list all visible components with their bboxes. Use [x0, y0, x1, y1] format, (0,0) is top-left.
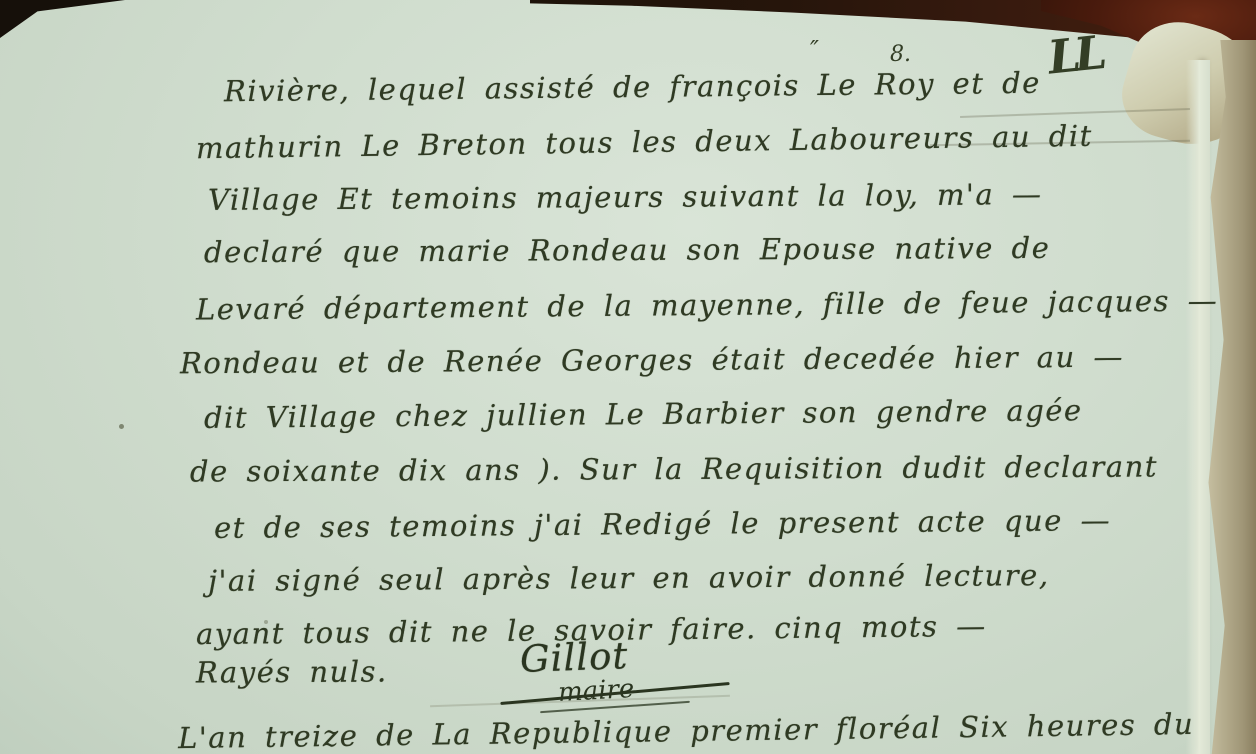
- manuscript-line: dit Village chez jullien Le Barbier son …: [204, 393, 1083, 435]
- manuscript-line: mathurin Le Breton tous les deux Laboure…: [196, 119, 1093, 166]
- binding-shadow-top-left: [0, 0, 125, 38]
- manuscript-line: Village Et temoins majeurs suivant la lo…: [208, 177, 1043, 217]
- signature-name: Gillot: [519, 634, 629, 681]
- paraph-mark: LL: [1045, 25, 1103, 84]
- page-rough-edge: [1202, 40, 1256, 754]
- page-edge-highlight: [1186, 60, 1210, 754]
- manuscript-line: L'an treize de La Republique premier flo…: [178, 707, 1195, 754]
- page-number: 8.: [890, 42, 911, 67]
- manuscript-line: Rayés nuls.: [196, 654, 388, 689]
- signature-title: maire: [557, 674, 635, 708]
- ditto-mark: ″: [810, 36, 819, 64]
- ink-speck: [119, 424, 124, 429]
- manuscript-line: j'ai signé seul après leur en avoir donn…: [208, 558, 1050, 598]
- manuscript-line: et de ses temoins j'ai Redigé le present…: [214, 503, 1111, 545]
- manuscript-line: declaré que marie Rondeau son Epouse nat…: [204, 231, 1051, 269]
- manuscript-line: Rivière, lequel assisté de françois Le R…: [224, 66, 1041, 109]
- manuscript-line: Rondeau et de Renée Georges était decedé…: [180, 340, 1124, 381]
- manuscript-page-photo: ″ 8. LL Rivière, lequel assisté de franç…: [0, 0, 1256, 754]
- manuscript-line: de soixante dix ans ). Sur la Requisitio…: [190, 449, 1158, 488]
- manuscript-line: Levaré département de la mayenne, fille …: [196, 284, 1218, 327]
